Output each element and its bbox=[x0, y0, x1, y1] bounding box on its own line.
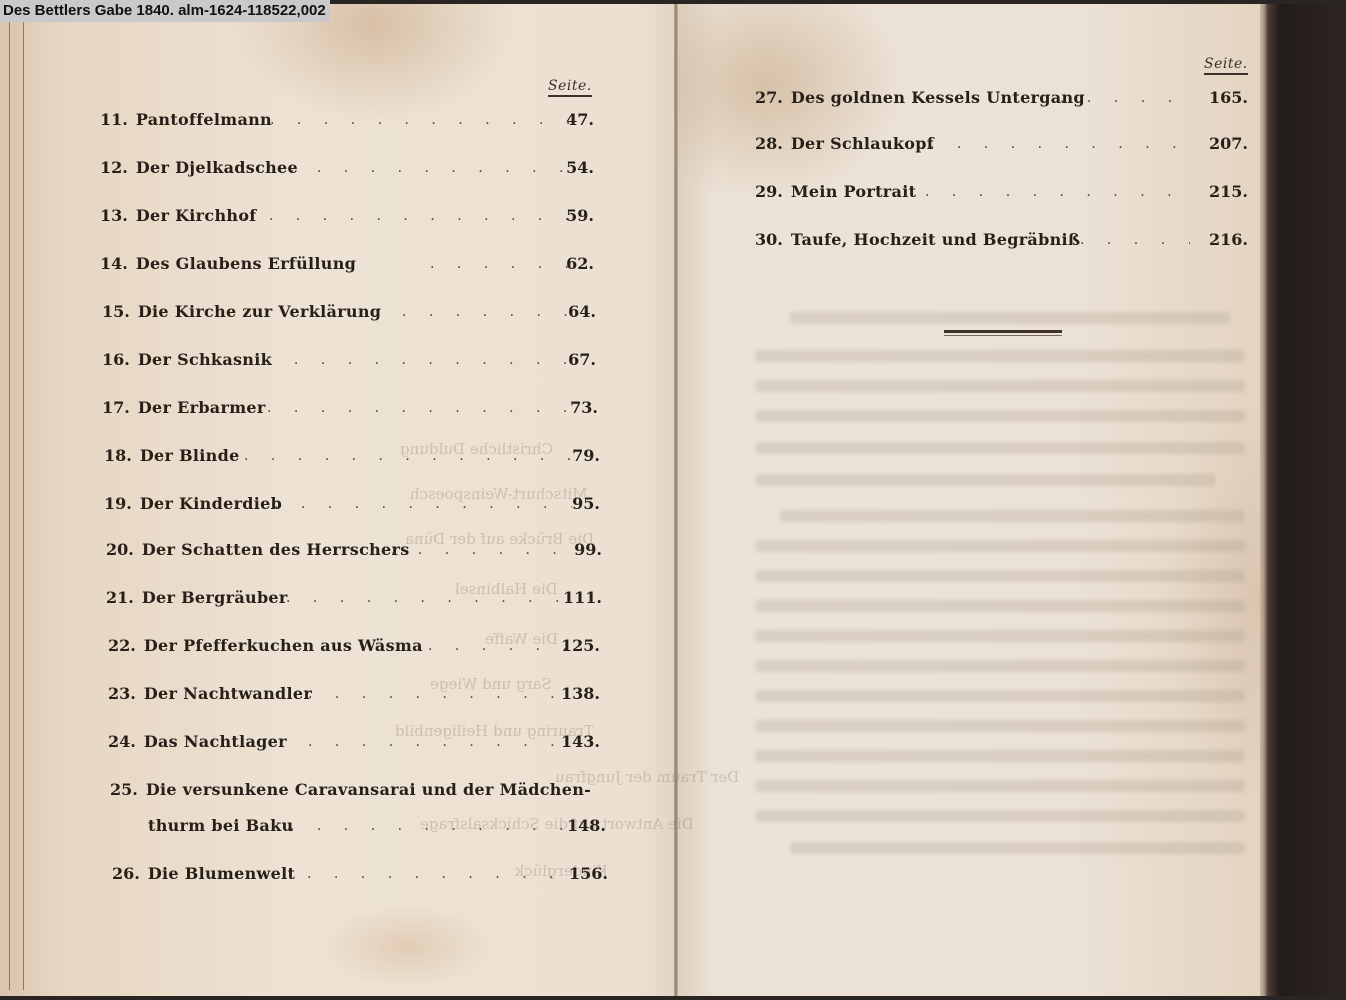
toc-entry: 18.Der Blinde . . . . . . . . . . . . . … bbox=[104, 444, 604, 468]
section-divider-rule bbox=[944, 330, 1062, 333]
entry-page-number: 207. bbox=[1209, 132, 1248, 156]
bleed-through-line bbox=[755, 630, 1245, 642]
entry-page-number: 111. bbox=[563, 586, 602, 610]
entry-page-number: 62. bbox=[566, 252, 594, 276]
entry-title: Der Schatten des Herrschers bbox=[142, 540, 410, 559]
leader-dots: . . . . . . . . . . . . bbox=[402, 300, 570, 324]
section-divider-rule bbox=[944, 335, 1062, 336]
toc-entry: 19.Der Kinderdieb . . . . . . . . . . . … bbox=[104, 492, 604, 516]
bleed-through-line bbox=[790, 312, 1230, 324]
bleed-through-line bbox=[755, 690, 1245, 702]
entry-number: 27. bbox=[755, 86, 783, 110]
entry-page-number: 125. bbox=[561, 634, 600, 658]
toc-entry: 16.Der Schkasnik . . . . . . . . . . . .… bbox=[102, 348, 602, 372]
toc-entry: 12.Der Djelkadschee . . . . . . . . . . … bbox=[100, 156, 600, 180]
entry-title: Der Blinde bbox=[140, 446, 240, 465]
left-page-edge-line bbox=[9, 20, 10, 990]
entry-number: 24. bbox=[108, 730, 136, 754]
entry-page-number: 99. bbox=[574, 538, 602, 562]
leader-dots: . . . . . . . . . . . . . . . . . . bbox=[925, 180, 1190, 204]
entry-title: Der Schlaukopf bbox=[791, 134, 934, 153]
entry-number: 25. bbox=[110, 778, 138, 802]
entry-title: Des goldnen Kessels Untergang bbox=[791, 88, 1085, 107]
entry-page-number: 64. bbox=[568, 300, 596, 324]
entry-page-number: 216. bbox=[1209, 228, 1248, 252]
entry-title: Der Nachtwandler bbox=[144, 684, 312, 703]
toc-entry: 24.Das Nachtlager . . . . . . . . . . . … bbox=[108, 730, 604, 754]
toc-entry: 25.Die versunkene Caravansarai und der M… bbox=[110, 778, 604, 802]
toc-entry: 20.Der Schatten des Herrschers . . . . .… bbox=[106, 538, 606, 562]
entry-number: 18. bbox=[104, 444, 132, 468]
book-cover-edge bbox=[1260, 4, 1346, 996]
leader-dots: . . . . . . . . . . . . . . . . . . bbox=[308, 682, 570, 706]
entry-title: Die Kirche zur Verklärung bbox=[138, 302, 381, 321]
entry-title: Des Glaubens Erfüllung bbox=[136, 254, 356, 273]
entry-page-number: 73. bbox=[570, 396, 598, 420]
left-page-edge-line bbox=[23, 20, 24, 990]
leader-dots: . . . . . . . . . . bbox=[430, 252, 570, 276]
entry-number: 14. bbox=[100, 252, 128, 276]
toc-entry: 23.Der Nachtwandler . . . . . . . . . . … bbox=[108, 682, 604, 706]
leader-dots: . . . . . . . . . . . . . . . . . . . . … bbox=[270, 108, 570, 132]
toc-entry-continuation: thurm bei Baku . . . . . . . . . . . . .… bbox=[110, 814, 604, 838]
entry-number: 21. bbox=[106, 586, 134, 610]
entry-title: thurm bei Baku bbox=[148, 816, 293, 835]
entry-title: Der Kinderdieb bbox=[140, 494, 282, 513]
bleed-through-line bbox=[755, 540, 1245, 552]
entry-title: Der Djelkadschee bbox=[136, 158, 298, 177]
bleed-through-line bbox=[755, 720, 1245, 732]
leader-dots: . . . . . . . . . . . . . . . . . . . . … bbox=[242, 204, 570, 228]
toc-entry: 27.Des goldnen Kessels Untergang . . . .… bbox=[755, 86, 1250, 110]
toc-entry: 11.Pantoffelmann . . . . . . . . . . . .… bbox=[100, 108, 600, 132]
bleed-through-line bbox=[755, 570, 1245, 582]
leader-dots: . . . . . . . . . . . . . . . . . . . . … bbox=[274, 492, 572, 516]
entry-page-number: 148. bbox=[567, 814, 606, 838]
leader-dots: . . . . . . . . . bbox=[1060, 86, 1190, 110]
entry-page-number: 215. bbox=[1209, 180, 1248, 204]
column-header-seite: Seite. bbox=[1204, 56, 1248, 75]
toc-entry: 30.Taufe, Hochzeit und Begräbniß . . . .… bbox=[755, 228, 1250, 252]
entry-title: Mein Portrait bbox=[791, 182, 916, 201]
entry-title: Die versunkene Caravansarai und der Mädc… bbox=[146, 780, 591, 799]
entry-number: 23. bbox=[108, 682, 136, 706]
entry-page-number: 95. bbox=[572, 492, 600, 516]
entry-page-number: 67. bbox=[568, 348, 596, 372]
entry-page-number: 47. bbox=[566, 108, 594, 132]
entry-number: 15. bbox=[102, 300, 130, 324]
entry-number: 30. bbox=[755, 228, 783, 252]
bleed-through-line bbox=[755, 600, 1245, 612]
bleed-through-line bbox=[755, 442, 1245, 454]
toc-entry: 21.Der Bergräuber . . . . . . . . . . . … bbox=[106, 586, 606, 610]
bleed-through-line bbox=[755, 380, 1245, 392]
entry-title: Die Blumenwelt bbox=[148, 864, 295, 883]
bleed-through-line bbox=[755, 660, 1245, 672]
entry-number: 26. bbox=[112, 862, 140, 886]
toc-entry: 17.Der Erbarmer . . . . . . . . . . . . … bbox=[102, 396, 602, 420]
bleed-through-line bbox=[755, 350, 1245, 362]
entry-number: 13. bbox=[100, 204, 128, 228]
entry-number: 19. bbox=[104, 492, 132, 516]
leader-dots: . . . . . . . . . . . . . . . . . . . . … bbox=[244, 444, 572, 468]
toc-entry: 26.Die Blumenwelt . . . . . . . . . . . … bbox=[112, 862, 606, 886]
leader-dots: . . . . . . . . . . . . . . . . . . . . … bbox=[267, 348, 570, 372]
leader-dots: . . . . . . . . . . . . . . . . . . bbox=[930, 132, 1190, 156]
bleed-through-line bbox=[755, 410, 1245, 422]
entry-title: Der Kirchhof bbox=[136, 206, 257, 225]
toc-entry: 13.Der Kirchhof . . . . . . . . . . . . … bbox=[100, 204, 600, 228]
leader-dots: . . . . . . . . . . . . . . . . . . . . bbox=[286, 586, 566, 610]
entry-page-number: 54. bbox=[566, 156, 594, 180]
bleed-through-line bbox=[790, 842, 1245, 854]
entry-title: Der Erbarmer bbox=[138, 398, 266, 417]
entry-page-number: 59. bbox=[566, 204, 594, 228]
toc-entry: 29.Mein Portrait . . . . . . . . . . . .… bbox=[755, 180, 1250, 204]
leader-dots: . . . . . . . . . . . . . . . . . . . . bbox=[290, 814, 570, 838]
entry-title: Der Schkasnik bbox=[138, 350, 272, 369]
entry-title: Der Bergräuber bbox=[142, 588, 288, 607]
entry-number: 16. bbox=[102, 348, 130, 372]
entry-number: 11. bbox=[100, 108, 128, 132]
toc-entry: 15.Die Kirche zur Verklärung . . . . . .… bbox=[102, 300, 602, 324]
bleed-through-line bbox=[755, 810, 1245, 822]
leader-dots: . . . . . . . . . . . . . bbox=[391, 538, 571, 562]
entry-title: Taufe, Hochzeit und Begräbniß bbox=[791, 230, 1081, 249]
column-header-seite: Seite. bbox=[548, 78, 592, 97]
entry-title: Pantoffelmann bbox=[136, 110, 272, 129]
bleed-through-line bbox=[755, 780, 1245, 792]
toc-entry: 28.Der Schlaukopf . . . . . . . . . . . … bbox=[755, 132, 1250, 156]
leader-dots: . . . . . . . . . . . . . . . . . . . . bbox=[290, 156, 570, 180]
bleed-through-line bbox=[755, 474, 1215, 486]
entry-number: 29. bbox=[755, 180, 783, 204]
entry-number: 20. bbox=[106, 538, 134, 562]
leader-dots: . . . . . . . . . . bbox=[428, 634, 568, 658]
toc-entry: 22.Der Pfefferkuchen aus Wäsma . . . . .… bbox=[108, 634, 604, 658]
image-caption: Des Bettlers Gabe 1840. alm-1624-118522,… bbox=[0, 0, 330, 22]
leader-dots: . . . . . . . bbox=[1080, 228, 1190, 252]
entry-page-number: 138. bbox=[561, 682, 600, 706]
entry-title: Der Pfefferkuchen aus Wäsma bbox=[144, 636, 423, 655]
leader-dots: . . . . . . . . . . . . . . . . . . . . … bbox=[267, 396, 570, 420]
entry-page-number: 79. bbox=[572, 444, 600, 468]
bleed-through-line bbox=[780, 510, 1245, 522]
leader-dots: . . . . . . . . . . . . . . . . . . . bbox=[307, 862, 577, 886]
entry-number: 12. bbox=[100, 156, 128, 180]
entry-page-number: 165. bbox=[1209, 86, 1248, 110]
entry-page-number: 156. bbox=[569, 862, 608, 886]
leader-dots: . . . . . . . . . . . . . . . . . . bbox=[308, 730, 570, 754]
entry-number: 22. bbox=[108, 634, 136, 658]
entry-page-number: 143. bbox=[561, 730, 600, 754]
entry-number: 17. bbox=[102, 396, 130, 420]
bleed-through-line bbox=[755, 750, 1245, 762]
entry-title: Das Nachtlager bbox=[144, 732, 287, 751]
entry-number: 28. bbox=[755, 132, 783, 156]
toc-entry: 14.Des Glaubens Erfüllung . . . . . . . … bbox=[100, 252, 600, 276]
